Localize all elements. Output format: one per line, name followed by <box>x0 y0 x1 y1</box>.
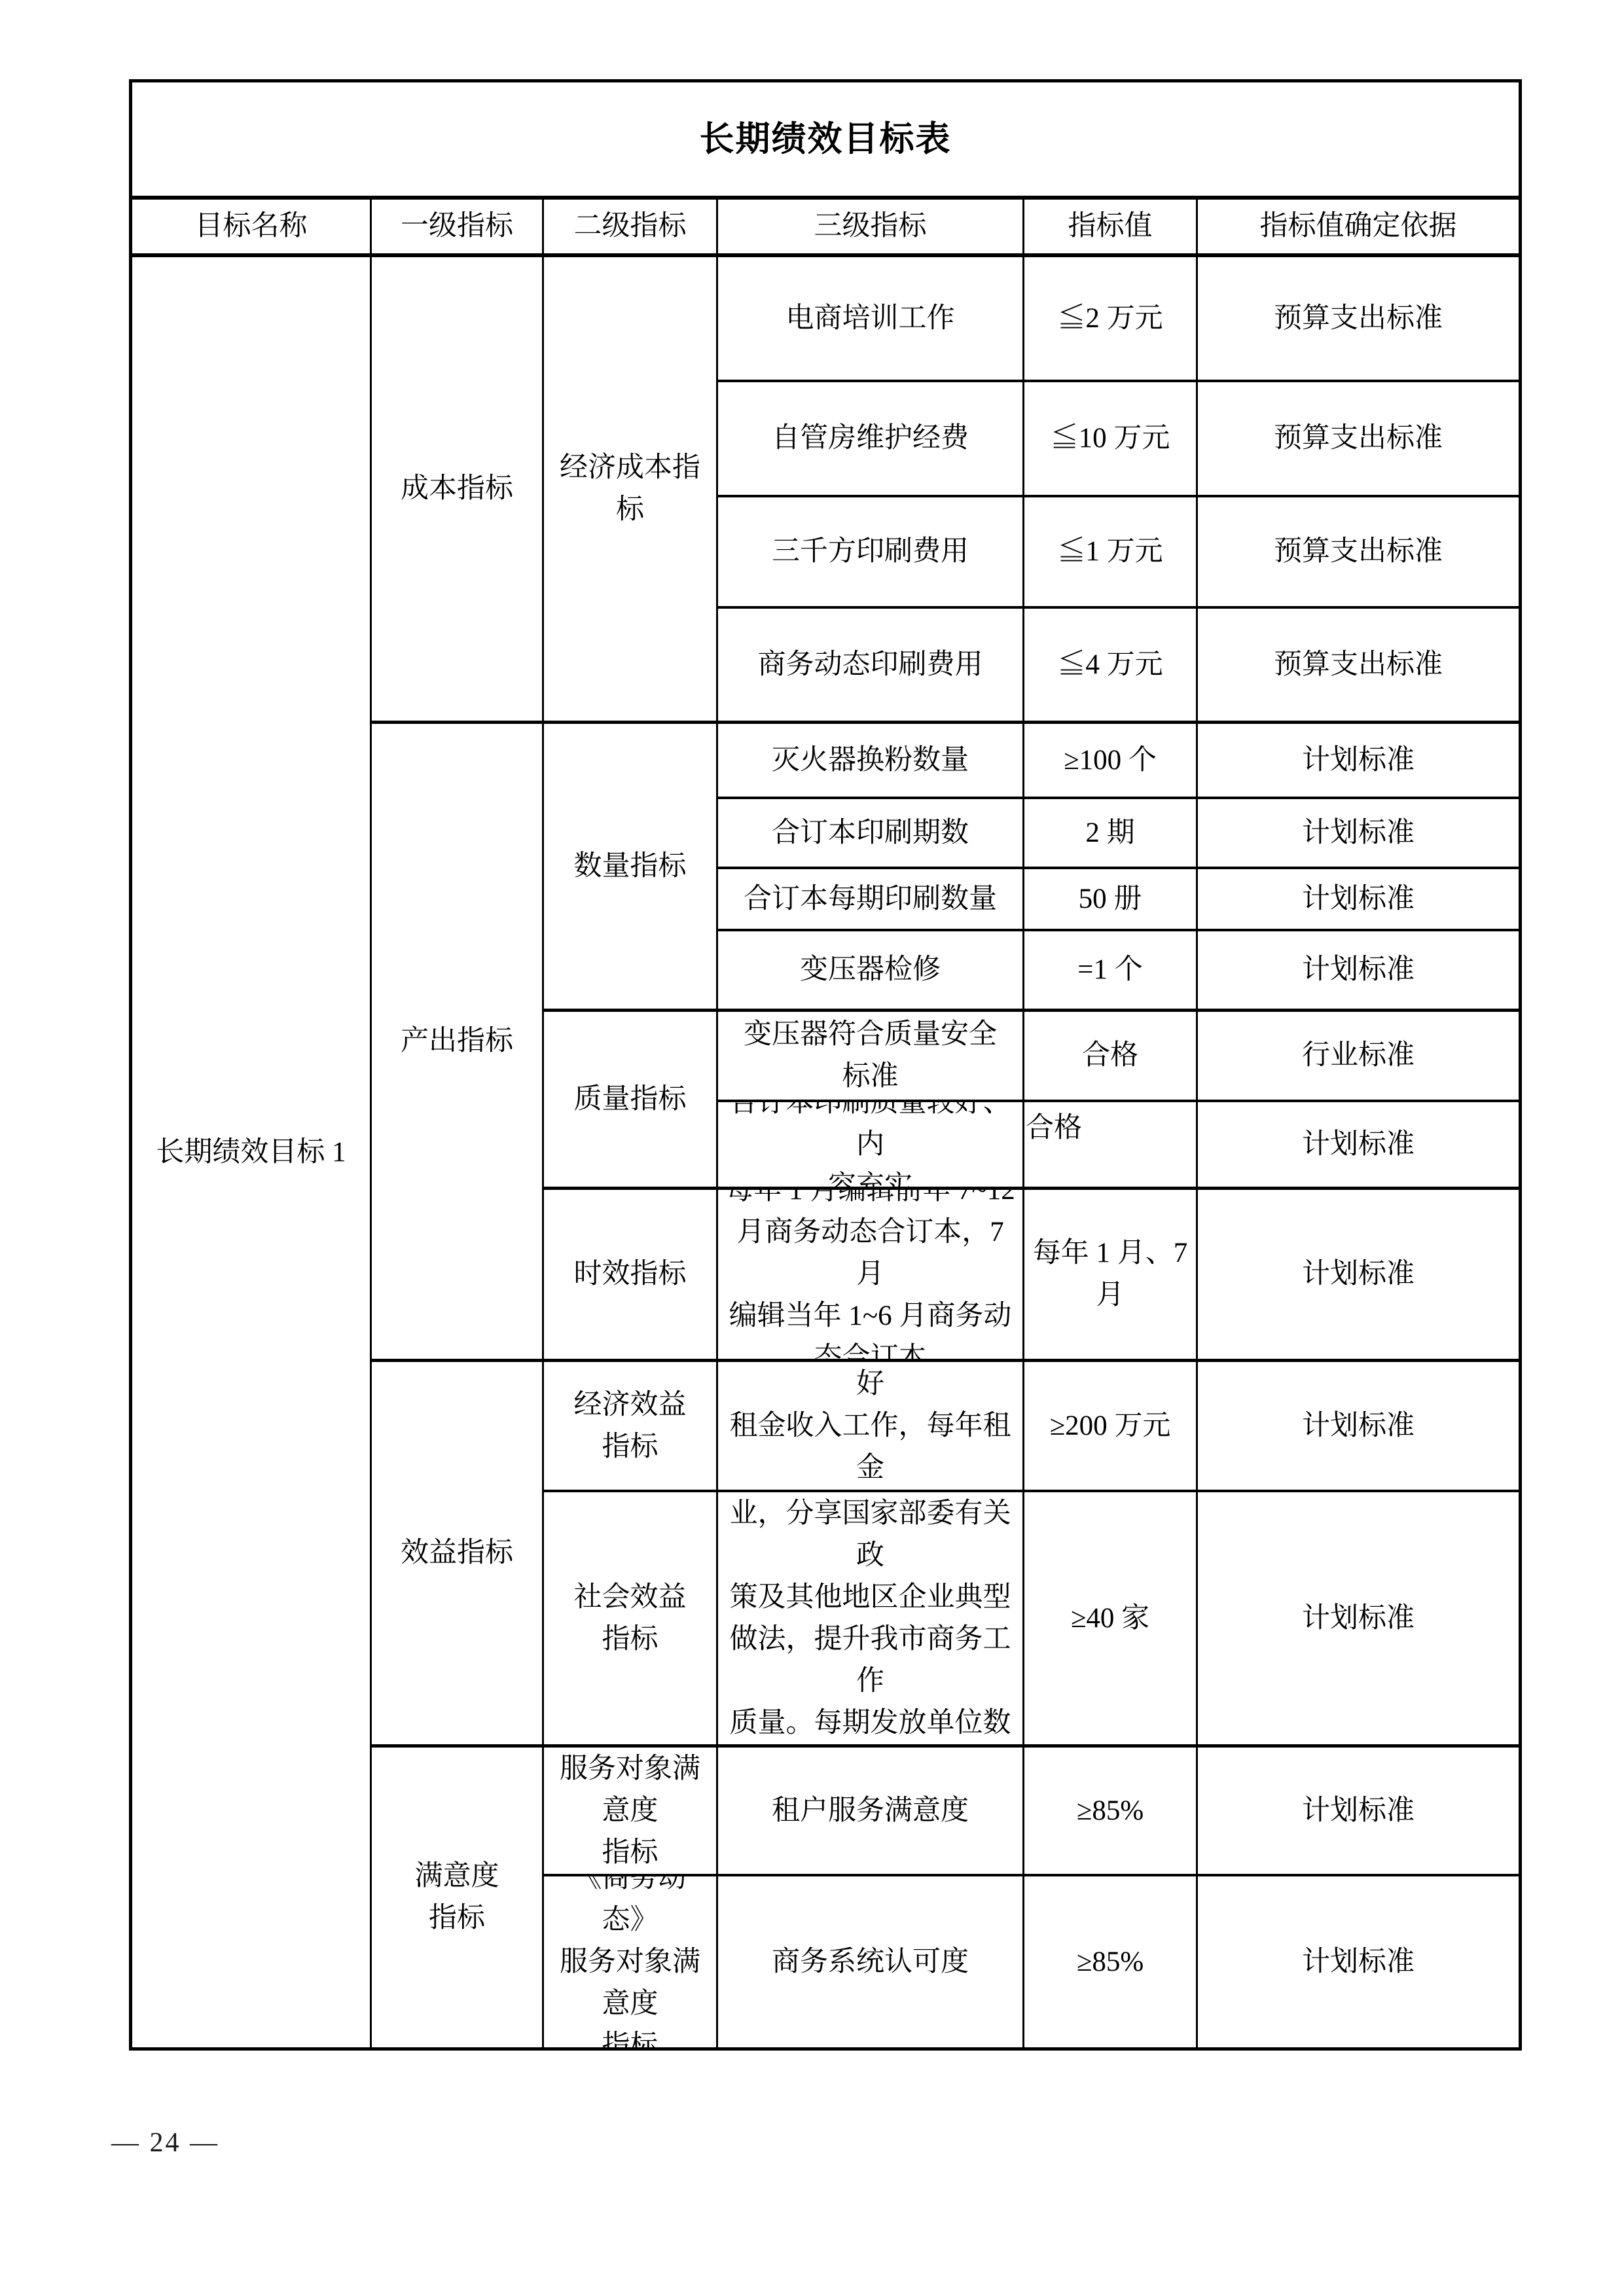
l3-cell: 服务商务系统、商贸企 业，分享国家部委有关政 策及其他地区企业典型 做法，提升我… <box>718 1492 1024 1748</box>
basis-cell: 计划标准 <box>1198 1748 1519 1876</box>
l2-timeliness-indicator: 时效指标 <box>544 1190 718 1362</box>
l2-service-satisfaction-indicator: 服务对象满 意度 指标 <box>544 1748 718 1876</box>
l3-cell: 合订本每期印刷数量 <box>718 869 1024 931</box>
value-cell: ≦4 万元 <box>1024 609 1198 724</box>
basis-cell: 行业标准 <box>1198 1012 1519 1102</box>
basis-cell: 计划标准 <box>1198 1190 1519 1362</box>
table-title: 长期绩效目标表 <box>132 82 1519 200</box>
l3-cell: 商务动态印刷费用 <box>718 609 1024 724</box>
l2-economic-cost-indicator: 经济成本指 标 <box>544 257 718 724</box>
document-page: 长期绩效目标表 目标名称 一级指标 二级指标 三级指标 指标值 指标值确定依据 … <box>0 0 1624 2296</box>
basis-cell: 计划标准 <box>1198 1362 1519 1492</box>
performance-target-table: 长期绩效目标表 目标名称 一级指标 二级指标 三级指标 指标值 指标值确定依据 … <box>129 79 1522 2051</box>
value-cell: ≦10 万元 <box>1024 382 1198 497</box>
value-cell: ≦1 万元 <box>1024 497 1198 609</box>
value-cell: ≥85% <box>1024 1748 1198 1876</box>
l1-benefit-indicator: 效益指标 <box>372 1362 544 1748</box>
value-cell: 2 期 <box>1024 799 1198 869</box>
l3-cell: 变压器检修 <box>718 931 1024 1012</box>
l3-cell: 灭火器换粉数量 <box>718 724 1024 799</box>
header-indicator-value: 指标值 <box>1024 200 1198 257</box>
l3-cell: 租户服务满意度 <box>718 1748 1024 1876</box>
l3-cell: 自管房维护经费 <box>718 382 1024 497</box>
l3-cell: 变压器符合质量安全 标准 <box>718 1012 1024 1102</box>
page-number: — 24 — <box>111 2127 219 2159</box>
l3-cell: 三千方印刷费用 <box>718 497 1024 609</box>
header-level1-indicator: 一级指标 <box>372 200 544 257</box>
basis-cell: 计划标准 <box>1198 724 1519 799</box>
l2-social-benefit-indicator: 社会效益 指标 <box>544 1492 718 1748</box>
header-level2-indicator: 二级指标 <box>544 200 718 257</box>
value-cell: =1 个 <box>1024 931 1198 1012</box>
basis-cell: 计划标准 <box>1198 1102 1519 1190</box>
basis-cell: 预算支出标准 <box>1198 257 1519 382</box>
l1-output-indicator: 产出指标 <box>372 724 544 1362</box>
l2-quantity-indicator: 数量指标 <box>544 724 718 1012</box>
value-cell: ≥200 万元 <box>1024 1362 1198 1492</box>
basis-cell: 预算支出标准 <box>1198 609 1519 724</box>
basis-cell: 计划标准 <box>1198 1492 1519 1748</box>
basis-cell: 计划标准 <box>1198 799 1519 869</box>
basis-cell: 预算支出标准 <box>1198 382 1519 497</box>
basis-cell: 计划标准 <box>1198 869 1519 931</box>
l1-satisfaction-indicator: 满意度 指标 <box>372 1748 544 2047</box>
value-cell: 合格 <box>1024 1102 1198 1190</box>
l2-bulletin-satisfaction-indicator: 《商务动态》 服务对象满 意度 指标 <box>544 1876 718 2047</box>
l3-cell: 电商培训工作 <box>718 257 1024 382</box>
value-cell: 50 册 <box>1024 869 1198 931</box>
header-goal-name: 目标名称 <box>132 200 372 257</box>
l3-cell: 合订本印刷质量较好、内 容充实 <box>718 1102 1024 1190</box>
l3-cell: 每年 1 月编辑前年 7~12 月商务动态合订本，7 月 编辑当年 1~6 月商… <box>718 1190 1024 1362</box>
l3-cell: 商务系统认可度 <box>718 1876 1024 2047</box>
value-cell: ≥100 个 <box>1024 724 1198 799</box>
l1-cost-indicator: 成本指标 <box>372 257 544 724</box>
value-cell: ≥40 家 <box>1024 1492 1198 1748</box>
value-cell: 合格 <box>1024 1012 1198 1102</box>
basis-cell: 计划标准 <box>1198 1876 1519 2047</box>
l3-cell: 保障国有资产价值，做好 租金收入工作，每年租金 收入 <box>718 1362 1024 1492</box>
l2-economic-benefit-indicator: 经济效益 指标 <box>544 1362 718 1492</box>
l2-quality-indicator: 质量指标 <box>544 1012 718 1190</box>
l3-cell: 合订本印刷期数 <box>718 799 1024 869</box>
header-value-basis: 指标值确定依据 <box>1198 200 1519 257</box>
header-level3-indicator: 三级指标 <box>718 200 1024 257</box>
basis-cell: 计划标准 <box>1198 931 1519 1012</box>
value-cell: ≥85% <box>1024 1876 1198 2047</box>
value-cell: 每年 1 月、7 月 <box>1024 1190 1198 1362</box>
value-cell: ≦2 万元 <box>1024 257 1198 382</box>
basis-cell: 预算支出标准 <box>1198 497 1519 609</box>
goal-name-cell: 长期绩效目标 1 <box>132 257 372 2047</box>
